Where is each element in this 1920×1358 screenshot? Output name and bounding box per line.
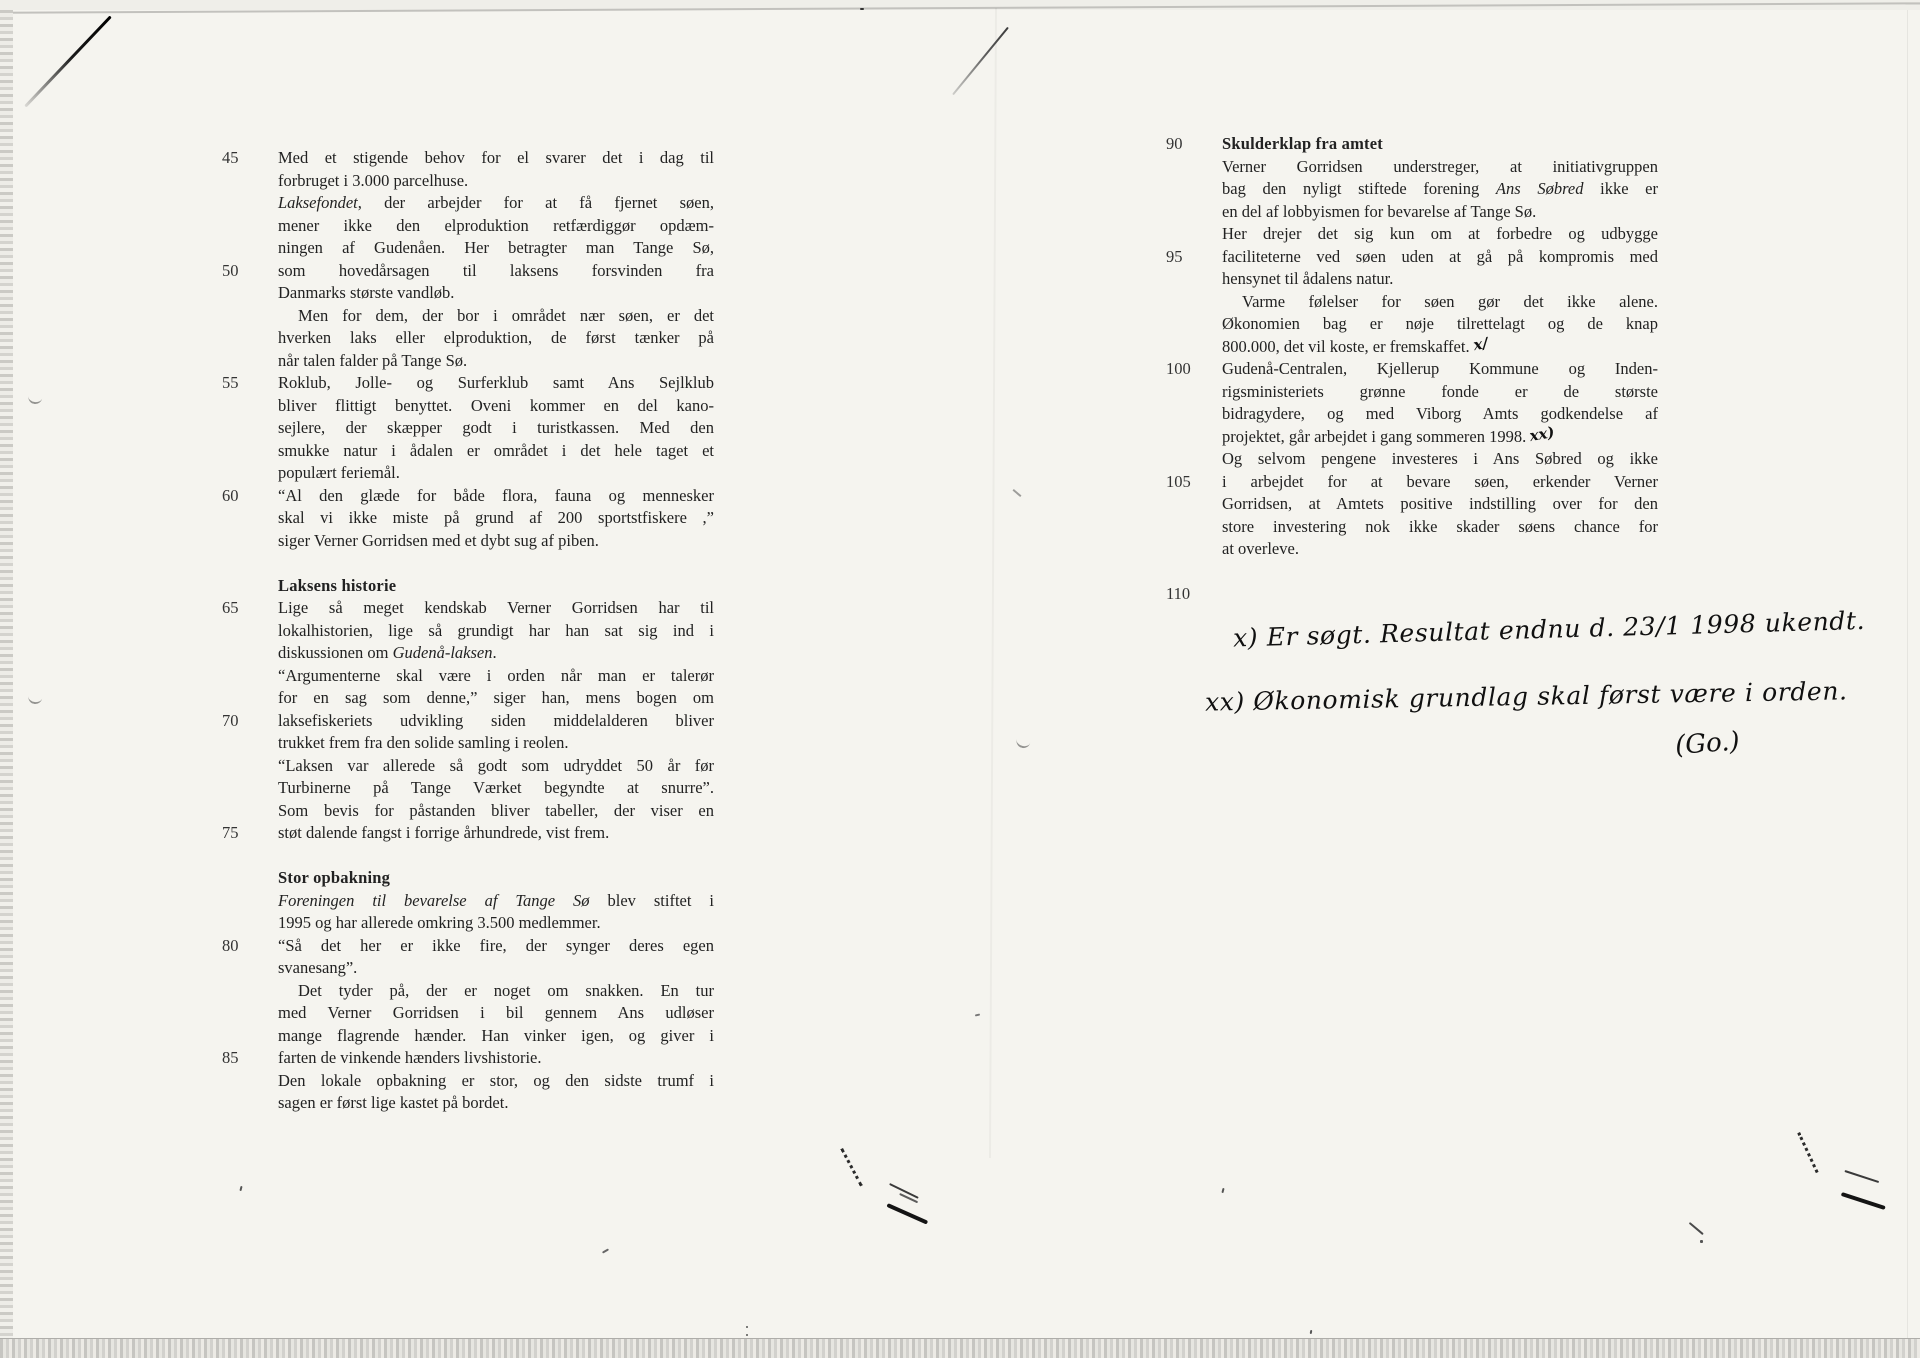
line-text: Laksefondet, der arbejder for at få fjer… — [278, 192, 714, 215]
margin-pen-mark — [27, 393, 42, 405]
text-segment: Ans Søbred — [1496, 179, 1584, 198]
line-text: Skulderklap fra amtet — [1222, 133, 1658, 156]
text-line: bidragydere, og med Viborg Amts godkende… — [1166, 403, 1666, 426]
line-text: Her drejer det sig kun om at forbedre og… — [1222, 223, 1658, 246]
text-segment: 1995 og har allerede omkring 3.500 medle… — [278, 913, 601, 932]
text-line: Danmarks største vandløb. — [222, 282, 722, 305]
text-line: når talen falder på Tange Sø. — [222, 350, 722, 373]
text-segment: Danmarks største vandløb. — [278, 283, 454, 302]
line-text: Gudenå-Centralen, Kjellerup Kommune og I… — [1222, 358, 1658, 381]
line-text: 1995 og har allerede omkring 3.500 medle… — [278, 912, 714, 935]
text-line: 70laksefiskeriets udvikling siden middel… — [222, 710, 722, 733]
text-segment: skal vi ikke miste på grund af 200 sport… — [278, 508, 714, 527]
text-segment: Den lokale opbakning er stor, og den sid… — [278, 1071, 714, 1090]
line-text: Laksens historie — [278, 575, 714, 598]
text-line: Foreningen til bevarelse af Tange Sø ble… — [222, 890, 722, 913]
text-segment: 800.000, det vil koste, er fremskaffet. — [1222, 337, 1474, 356]
handwritten-note-x: x) Er søgt. Resultat endnu d. 23/1 1998 … — [1233, 606, 1846, 652]
ink-speck — [746, 1334, 748, 1336]
text-line: 75støt dalende fangst i forrige århundre… — [222, 822, 722, 845]
line-text: skal vi ikke miste på grund af 200 sport… — [278, 507, 714, 530]
line-number: 95 — [1166, 246, 1206, 269]
line-text: sagen er først lige kastet på bordet. — [278, 1092, 714, 1115]
scanned-document: { "paper": { "background": "#f5f4ef", "i… — [0, 0, 1920, 1358]
text-segment: mange flagrende hænder. Han vinker igen,… — [278, 1026, 714, 1045]
line-text: i arbejdet for at bevare søen, erkender … — [1222, 471, 1658, 494]
text-segment: Med et stigende behov for el svarer det … — [278, 148, 714, 167]
text-segment: forbruget i 3.000 parcelhuse. — [278, 171, 468, 190]
ink-speck — [746, 1326, 748, 1328]
ink-speck — [860, 8, 864, 10]
text-segment: sagen er først lige kastet på bordet. — [278, 1093, 508, 1112]
line-number: 110 — [1166, 583, 1206, 606]
text-segment: Lige så meget kendskab Verner Gorridsen … — [278, 598, 714, 617]
ink-smudge — [1844, 1170, 1879, 1183]
line-text: forbruget i 3.000 parcelhuse. — [278, 170, 714, 193]
line-text: populært feriemål. — [278, 462, 714, 485]
text-segment: Men for dem, der bor i området nær søen,… — [298, 306, 714, 325]
ink-speck — [1221, 1188, 1224, 1193]
text-segment: diskussionen om — [278, 643, 393, 662]
line-number: 50 — [222, 260, 262, 283]
text-segment: svanesang”. — [278, 958, 357, 977]
line-text: støt dalende fangst i forrige århundrede… — [278, 822, 714, 845]
line-text: Og selvom pengene investeres i Ans Søbre… — [1222, 448, 1658, 471]
ink-smudge — [886, 1203, 928, 1225]
text-line: Laksens historie — [222, 575, 722, 598]
text-line: mener ikke den elproduktion retfærdiggør… — [222, 215, 722, 238]
pen-stroke-top-middle — [952, 27, 1009, 95]
ink-smudge — [840, 1148, 862, 1186]
line-text: sejlere, der skæpper godt i turistkassen… — [278, 417, 714, 440]
text-line: sejlere, der skæpper godt i turistkassen… — [222, 417, 722, 440]
text-line: trukket frem fra den solide samling i re… — [222, 732, 722, 755]
handwritten-notes: x) Er søgt. Resultat endnu d. 23/1 1998 … — [1205, 615, 1845, 755]
text-line: 100Gudenå-Centralen, Kjellerup Kommune o… — [1166, 358, 1666, 381]
text-segment: Her drejer det sig kun om at forbedre og… — [1222, 224, 1658, 243]
text-segment: hensynet til ådalens natur. — [1222, 269, 1393, 288]
text-line: Varme følelser for søen gør det ikke ale… — [1166, 291, 1666, 314]
handwritten-footnote-marker: xx) — [1528, 421, 1557, 447]
line-text: “Laksen var allerede så godt som udrydde… — [278, 755, 714, 778]
line-text: Økonomien bag er nøje tilrettelagt og de… — [1222, 313, 1658, 336]
text-line: Turbinerne på Tange Værket begyndte at s… — [222, 777, 722, 800]
text-line: Gorridsen, at Amtets positive indstillin… — [1166, 493, 1666, 516]
text-line: store investering nok ikke skader søens … — [1166, 516, 1666, 539]
ink-speck — [1310, 1330, 1313, 1334]
text-line: Det tyder på, der er noget om snakken. E… — [222, 980, 722, 1003]
line-text: svanesang”. — [278, 957, 714, 980]
text-segment: Gudenå-laksen — [393, 643, 493, 662]
text-segment: i arbejdet for at bevare søen, erkender … — [1222, 472, 1658, 491]
text-segment: Verner Gorridsen understreger, at initia… — [1222, 157, 1658, 176]
line-text: “Så det her er ikke fire, der synger der… — [278, 935, 714, 958]
line-text: diskussionen om Gudenå-laksen. — [278, 642, 714, 665]
line-text: Den lokale opbakning er stor, og den sid… — [278, 1070, 714, 1093]
text-line: “Laksen var allerede så godt som udrydde… — [222, 755, 722, 778]
text-segment: ningen af Gudenåen. Her betragter man Ta… — [278, 238, 714, 257]
text-segment: Gudenå-Centralen, Kjellerup Kommune og I… — [1222, 359, 1658, 378]
text-segment: hverken laks eller elproduktion, de førs… — [278, 328, 714, 347]
page-gutter-edge — [989, 8, 997, 1158]
line-number: 55 — [222, 372, 262, 395]
line-text: Det tyder på, der er noget om snakken. E… — [278, 980, 714, 1003]
text-segment: smukke natur i ådalen er området i det h… — [278, 441, 714, 460]
text-segment: Som bevis for påstanden bliver tabeller,… — [278, 801, 714, 820]
text-line — [222, 845, 722, 868]
text-segment: populært feriemål. — [278, 463, 400, 482]
text-segment: Laksefondet — [278, 193, 358, 212]
line-number: 105 — [1166, 471, 1206, 494]
line-text: bliver flittigt benyttet. Oveni kommer e… — [278, 395, 714, 418]
ink-smudge — [1689, 1222, 1704, 1235]
line-text: bidragydere, og med Viborg Amts godkende… — [1222, 403, 1658, 426]
text-line — [1166, 561, 1666, 584]
line-text: når talen falder på Tange Sø. — [278, 350, 714, 373]
text-segment: sejlere, der skæpper godt i turistkassen… — [278, 418, 714, 437]
text-segment: bidragydere, og med Viborg Amts godkende… — [1222, 404, 1658, 423]
text-line: 90Skulderklap fra amtet — [1166, 133, 1666, 156]
text-line: mange flagrende hænder. Han vinker igen,… — [222, 1025, 722, 1048]
line-text: mener ikke den elproduktion retfærdiggør… — [278, 215, 714, 238]
text-line: populært feriemål. — [222, 462, 722, 485]
text-segment: rigsministeriets grønne fonde er de stør… — [1222, 382, 1658, 401]
text-segment: lokalhistorien, lige så grundigt har han… — [278, 621, 714, 640]
text-line: 50som hovedårsagen til laksens forsvinde… — [222, 260, 722, 283]
text-segment: bag den nyligt stiftede forening — [1222, 179, 1496, 198]
text-segment: “Al den glæde for både flora, fauna og m… — [278, 486, 714, 505]
text-segment: , der arbejder for at få fjernet søen, — [358, 193, 714, 212]
paper-right-edge — [1907, 10, 1908, 1338]
text-line — [222, 552, 722, 575]
text-segment: bliver flittigt benyttet. Oveni kommer e… — [278, 396, 714, 415]
text-line: Laksefondet, der arbejder for at få fjer… — [222, 192, 722, 215]
line-text: trukket frem fra den solide samling i re… — [278, 732, 714, 755]
line-text: rigsministeriets grønne fonde er de stør… — [1222, 381, 1658, 404]
line-text: “Argumenterne skal være i orden når man … — [278, 665, 714, 688]
text-segment: Roklub, Jolle- og Surferklub samt Ans Se… — [278, 373, 714, 392]
text-line: 80“Så det her er ikke fire, der synger d… — [222, 935, 722, 958]
line-text: for en sag som denne,” siger han, mens b… — [278, 687, 714, 710]
line-text: “Al den glæde for både flora, fauna og m… — [278, 485, 714, 508]
ink-speck — [975, 1014, 980, 1017]
line-text: Varme følelser for søen gør det ikke ale… — [1222, 291, 1658, 314]
line-text: faciliteterne ved søen uden at gå på kom… — [1222, 246, 1658, 269]
text-segment: når talen falder på Tange Sø. — [278, 351, 467, 370]
line-text: Roklub, Jolle- og Surferklub samt Ans Se… — [278, 372, 714, 395]
line-text: bag den nyligt stiftede forening Ans Søb… — [1222, 178, 1658, 201]
handwritten-footnote-marker: x/ — [1471, 331, 1489, 356]
text-line: Men for dem, der bor i området nær søen,… — [222, 305, 722, 328]
section-heading: Stor opbakning — [278, 868, 390, 887]
text-segment: Foreningen til bevarelse af Tange Sø — [278, 891, 590, 910]
text-segment: ikke er — [1583, 179, 1658, 198]
text-line: hverken laks eller elproduktion, de førs… — [222, 327, 722, 350]
text-segment: trukket frem fra den solide samling i re… — [278, 733, 569, 752]
text-line: Den lokale opbakning er stor, og den sid… — [222, 1070, 722, 1093]
handwritten-signature: (Go.) — [1674, 719, 1846, 761]
line-text: Turbinerne på Tange Værket begyndte at s… — [278, 777, 714, 800]
text-line: “Argumenterne skal være i orden når man … — [222, 665, 722, 688]
text-line: projektet, går arbejdet i gang sommeren … — [1166, 426, 1666, 449]
text-line: 1995 og har allerede omkring 3.500 medle… — [222, 912, 722, 935]
text-line: med Verner Gorridsen i bil gennem Ans ud… — [222, 1002, 722, 1025]
text-line: smukke natur i ådalen er området i det h… — [222, 440, 722, 463]
line-text: at overleve. — [1222, 538, 1658, 561]
line-text: Foreningen til bevarelse af Tange Sø ble… — [278, 890, 714, 913]
line-text: Med et stigende behov for el svarer det … — [278, 147, 714, 170]
text-segment: mener ikke den elproduktion retfærdiggør… — [278, 216, 714, 235]
ink-speck — [1700, 1240, 1703, 1243]
gutter-pen-mark — [1015, 736, 1031, 749]
line-text: Stor opbakning — [278, 867, 714, 890]
text-line: 65Lige så meget kendskab Verner Gorridse… — [222, 597, 722, 620]
text-line: 45Med et stigende behov for el svarer de… — [222, 147, 722, 170]
text-segment: Varme følelser for søen gør det ikke ale… — [1242, 292, 1658, 311]
text-segment: . — [492, 643, 496, 662]
text-line: Som bevis for påstanden bliver tabeller,… — [222, 800, 722, 823]
line-number: 75 — [222, 822, 262, 845]
gutter-pen-mark — [1013, 489, 1022, 497]
text-segment: Det tyder på, der er noget om snakken. E… — [298, 981, 714, 1000]
text-line: 110 — [1166, 583, 1666, 606]
text-line: Verner Gorridsen understreger, at initia… — [1166, 156, 1666, 179]
text-segment: “Argumenterne skal være i orden når man … — [278, 666, 714, 685]
ink-smudge — [1797, 1132, 1818, 1173]
line-text: laksefiskeriets udvikling siden middelal… — [278, 710, 714, 733]
line-number: 60 — [222, 485, 262, 508]
text-line: Økonomien bag er nøje tilrettelagt og de… — [1166, 313, 1666, 336]
margin-pen-mark — [27, 693, 42, 705]
binding-edge-strip — [0, 10, 13, 1358]
text-segment: laksefiskeriets udvikling siden middelal… — [278, 711, 714, 730]
line-text: smukke natur i ådalen er området i det h… — [278, 440, 714, 463]
line-text: store investering nok ikke skader søens … — [1222, 516, 1658, 539]
line-text: mange flagrende hænder. Han vinker igen,… — [278, 1025, 714, 1048]
line-number: 70 — [222, 710, 262, 733]
text-segment: med Verner Gorridsen i bil gennem Ans ud… — [278, 1003, 714, 1022]
line-number: 90 — [1166, 133, 1206, 156]
text-line: diskussionen om Gudenå-laksen. — [222, 642, 722, 665]
text-segment: Turbinerne på Tange Værket begyndte at s… — [278, 778, 714, 797]
text-line: 800.000, det vil koste, er fremskaffet. … — [1166, 336, 1666, 359]
ink-smudge — [1841, 1192, 1886, 1210]
line-text: Verner Gorridsen understreger, at initia… — [1222, 156, 1658, 179]
text-line: skal vi ikke miste på grund af 200 sport… — [222, 507, 722, 530]
text-line: 55Roklub, Jolle- og Surferklub samt Ans … — [222, 372, 722, 395]
text-segment: som hovedårsagen til laksens forsvinden … — [278, 261, 714, 280]
text-segment: Økonomien bag er nøje tilrettelagt og de… — [1222, 314, 1658, 333]
text-segment: “Laksen var allerede så godt som udrydde… — [278, 756, 714, 775]
text-line: 95faciliteterne ved søen uden at gå på k… — [1166, 246, 1666, 269]
text-segment: støt dalende fangst i forrige århundrede… — [278, 823, 609, 842]
ink-speck — [239, 1186, 242, 1191]
text-segment: siger Verner Gorridsen med et dybt sug a… — [278, 531, 599, 550]
text-line: hensynet til ådalens natur. — [1166, 268, 1666, 291]
text-line: siger Verner Gorridsen med et dybt sug a… — [222, 530, 722, 553]
text-segment: blev stiftet i — [590, 891, 714, 910]
line-text: 800.000, det vil koste, er fremskaffet. … — [1222, 336, 1658, 359]
line-text: farten de vinkende hænders livshistorie. — [278, 1047, 714, 1070]
text-line: ningen af Gudenåen. Her betragter man Ta… — [222, 237, 722, 260]
line-text: siger Verner Gorridsen med et dybt sug a… — [278, 530, 714, 553]
line-number: 85 — [222, 1047, 262, 1070]
line-text: Lige så meget kendskab Verner Gorridsen … — [278, 597, 714, 620]
line-number: 45 — [222, 147, 262, 170]
line-text: Men for dem, der bor i området nær søen,… — [278, 305, 714, 328]
text-line: bag den nyligt stiftede forening Ans Søb… — [1166, 178, 1666, 201]
text-segment: at overleve. — [1222, 539, 1299, 558]
section-heading: Skulderklap fra amtet — [1222, 134, 1383, 153]
text-line: 60“Al den glæde for både flora, fauna og… — [222, 485, 722, 508]
right-page-column: 90Skulderklap fra amtetVerner Gorridsen … — [1166, 133, 1666, 606]
scan-bottom-strip — [0, 1338, 1920, 1358]
line-text: Danmarks største vandløb. — [278, 282, 714, 305]
line-text: Som bevis for påstanden bliver tabeller,… — [278, 800, 714, 823]
line-number: 100 — [1166, 358, 1206, 381]
text-segment: farten de vinkende hænders livshistorie. — [278, 1048, 541, 1067]
text-line: svanesang”. — [222, 957, 722, 980]
line-text: Gorridsen, at Amtets positive indstillin… — [1222, 493, 1658, 516]
line-text: som hovedårsagen til laksens forsvinden … — [278, 260, 714, 283]
text-line: lokalhistorien, lige så grundigt har han… — [222, 620, 722, 643]
left-page-column: 45Med et stigende behov for el svarer de… — [222, 147, 722, 1115]
text-line: forbruget i 3.000 parcelhuse. — [222, 170, 722, 193]
line-text: hverken laks eller elproduktion, de førs… — [278, 327, 714, 350]
section-heading: Laksens historie — [278, 576, 396, 595]
text-line: rigsministeriets grønne fonde er de stør… — [1166, 381, 1666, 404]
text-line: Stor opbakning — [222, 867, 722, 890]
line-text: ningen af Gudenåen. Her betragter man Ta… — [278, 237, 714, 260]
line-text: med Verner Gorridsen i bil gennem Ans ud… — [278, 1002, 714, 1025]
text-line: for en sag som denne,” siger han, mens b… — [222, 687, 722, 710]
text-line: en del af lobbyismen for bevarelse af Ta… — [1166, 201, 1666, 224]
handwritten-note-xx: xx) Økonomisk grundlag skal først være i… — [1205, 676, 1845, 716]
line-text: projektet, går arbejdet i gang sommeren … — [1222, 426, 1658, 449]
text-segment: faciliteterne ved søen uden at gå på kom… — [1222, 247, 1658, 266]
text-line: Og selvom pengene investeres i Ans Søbre… — [1166, 448, 1666, 471]
text-line: 105i arbejdet for at bevare søen, erkend… — [1166, 471, 1666, 494]
text-segment: Og selvom pengene investeres i Ans Søbre… — [1222, 449, 1658, 468]
text-segment: for en sag som denne,” siger han, mens b… — [278, 688, 714, 707]
line-number: 65 — [222, 597, 262, 620]
text-segment: store investering nok ikke skader søens … — [1222, 517, 1658, 536]
line-number: 80 — [222, 935, 262, 958]
text-segment: projektet, går arbejdet i gang sommeren … — [1222, 427, 1530, 446]
line-text: hensynet til ådalens natur. — [1222, 268, 1658, 291]
pen-stroke-top-left — [24, 15, 112, 107]
text-line: bliver flittigt benyttet. Oveni kommer e… — [222, 395, 722, 418]
ink-speck — [602, 1248, 609, 1253]
text-line: at overleve. — [1166, 538, 1666, 561]
text-segment: en del af lobbyismen for bevarelse af Ta… — [1222, 202, 1536, 221]
text-line: 85farten de vinkende hænders livshistori… — [222, 1047, 722, 1070]
text-segment: “Så det her er ikke fire, der synger der… — [278, 936, 714, 955]
line-text: lokalhistorien, lige så grundigt har han… — [278, 620, 714, 643]
text-line: sagen er først lige kastet på bordet. — [222, 1092, 722, 1115]
text-line: Her drejer det sig kun om at forbedre og… — [1166, 223, 1666, 246]
text-segment: Gorridsen, at Amtets positive indstillin… — [1222, 494, 1658, 513]
line-text: en del af lobbyismen for bevarelse af Ta… — [1222, 201, 1658, 224]
